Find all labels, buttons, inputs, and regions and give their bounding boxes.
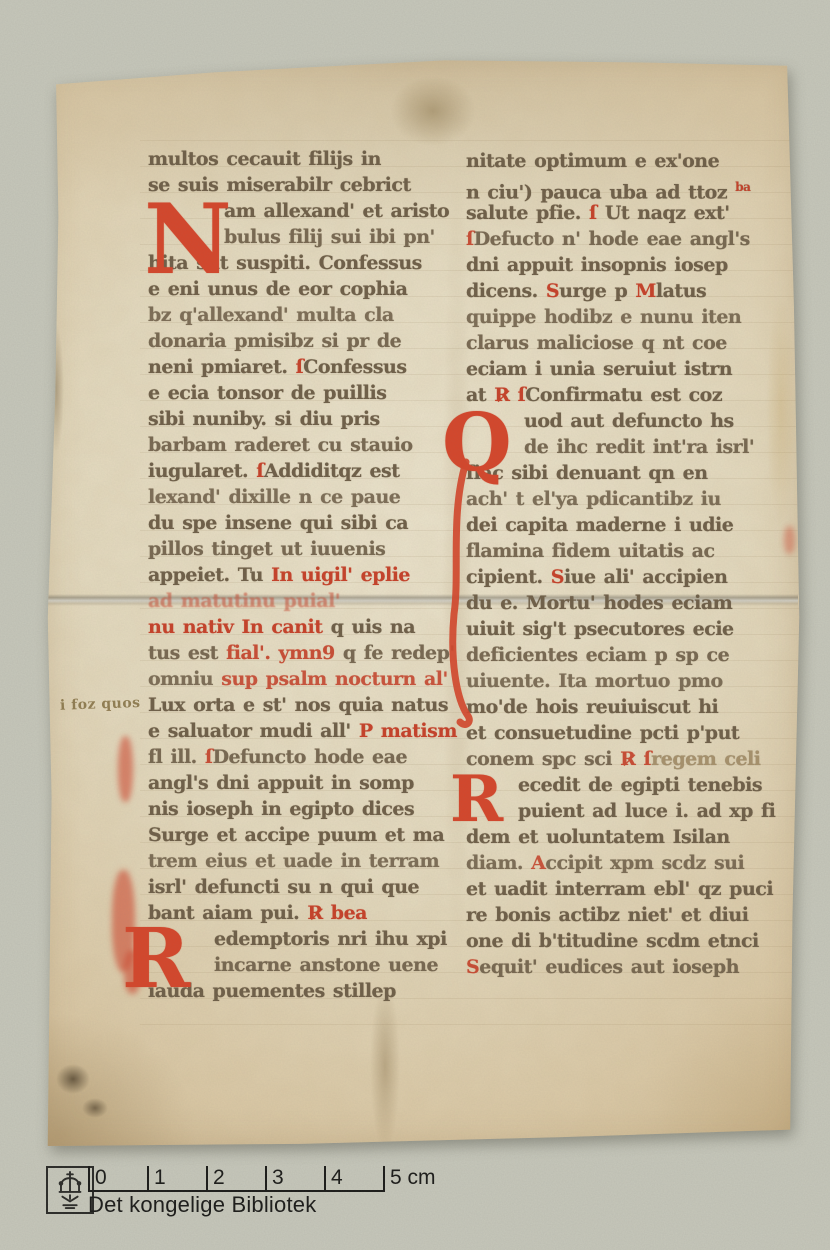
text-run: pillos tinget ut iuuenis: [148, 538, 385, 560]
text-run: dicens.: [466, 280, 546, 302]
text-run: puient ad luce i. ad xp fi: [518, 800, 775, 822]
red-initial-N: N: [144, 192, 232, 288]
text-run: q uis na: [331, 616, 415, 638]
text-run: bulus filij sui ibi pn': [224, 226, 435, 248]
text-run: uiuente. Ita mortuo pmo: [466, 670, 723, 692]
text-run: Addiditqz est: [264, 460, 400, 482]
manuscript-line: bant aiam pui. R̷ bea: [148, 900, 460, 926]
manuscript-line: nis ioseph in egipto dices: [148, 796, 460, 822]
text-run: flamina fidem uitatis ac: [466, 540, 715, 562]
text-run: fl ill.: [148, 746, 205, 768]
manuscript-line: du spe insene qui sibi ca: [148, 510, 460, 536]
manuscript-line: nu nativ In canit q uis na: [148, 614, 460, 640]
text-run: omniu: [148, 668, 221, 690]
royal-library-logo: [46, 1166, 94, 1214]
manuscript-line: incarne anstone uene: [148, 952, 460, 978]
text-run: equit' eudices aut ioseph: [479, 956, 739, 978]
manuscript-line: ach' t el'ya pdicantibz iu: [466, 486, 800, 512]
text-run: isrl' defuncti su n qui que: [148, 876, 419, 898]
text-run: lexand' dixille n ce paue: [148, 486, 400, 508]
text-run: appeiet. Tu: [148, 564, 271, 586]
text-run: quippe hodibz e nunu iten: [466, 306, 741, 328]
manuscript-line: clarus maliciose q nt coe: [466, 330, 800, 356]
text-run: re bonis actibz niet' et diui: [466, 904, 748, 926]
text-run: latus: [656, 280, 706, 302]
text-run: dni appuit insopnis iosep: [466, 254, 728, 276]
manuscript-line: edemptoris nri ihu xpi: [148, 926, 460, 952]
text-run: ſ: [466, 228, 474, 250]
text-run: nu nativ In canit: [148, 616, 331, 638]
text-run: Defucto n' hode eae angl's: [474, 228, 750, 250]
manuscript-line: et consuetudine pcti p'put: [466, 720, 800, 746]
manuscript-line: e ecia tonsor de puillis: [148, 380, 460, 406]
manuscript-line: dni appuit insopnis iosep: [466, 252, 800, 278]
text-run: R̷ bea: [307, 902, 367, 924]
manuscript-line: Lux orta e st' nos quia natus: [148, 692, 460, 718]
manuscript-line: nitate optimum e ex'one: [466, 148, 800, 174]
manuscript-line: eciam i unia seruiut istrn: [466, 356, 800, 382]
manuscript-line: cipient. Siue ali' accipien: [466, 564, 800, 590]
text-run: salute pfie.: [466, 202, 589, 224]
text-run: sibi nuniby. si diu pris: [148, 408, 380, 430]
manuscript-line: barbam raderet cu stauio: [148, 432, 460, 458]
text-run: neni pmiaret.: [148, 356, 296, 378]
manuscript-line: flamina fidem uitatis ac: [466, 538, 800, 564]
manuscript-line: tus est fial'. ymn9 q fe redep': [148, 640, 460, 666]
manuscript-line: iugularet. ſAddiditqz est: [148, 458, 460, 484]
manuscript-line: dem et uoluntatem Isilan: [466, 824, 800, 850]
text-run: et consuetudine pcti p'put: [466, 722, 739, 744]
text-run: ba: [735, 180, 750, 194]
photo-stage: multos cecauit filijs inse suis miserabi…: [0, 0, 830, 1250]
manuscript-line: Surge et accipe puum et ma: [148, 822, 460, 848]
manuscript-line: conem spc sci R̷ ſregem celi: [466, 746, 800, 772]
text-run: Surge et accipe puum et ma: [148, 824, 444, 846]
text-run: In uigil' eplie: [271, 564, 410, 586]
manuscript-line: du e. Mortu' hodes eciam: [466, 590, 800, 616]
text-run: de ihc redit int'ra isrl': [524, 436, 754, 458]
text-run: am allexand' et aristo: [224, 200, 449, 222]
text-run: nis ioseph in egipto dices: [148, 798, 414, 820]
manuscript-line: puient ad luce i. ad xp fi: [466, 798, 800, 824]
manuscript-line: uod aut defuncto hs: [466, 408, 800, 434]
manuscript-line: appeiet. Tu In uigil' eplie: [148, 562, 460, 588]
manuscript-line: neni pmiaret. ſConfessus: [148, 354, 460, 380]
library-label: Det kongelige Bibliotek: [88, 1192, 316, 1218]
cm-scale-ruler: 012345 cm: [88, 1166, 436, 1192]
text-run: eciam i unia seruiut istrn: [466, 358, 732, 380]
text-run: ſ: [205, 746, 213, 768]
manuscript-line: pillos tinget ut iuuenis: [148, 536, 460, 562]
text-run: bz q'allexand' multa cla: [148, 304, 394, 326]
text-run: mo'de hois reuiuiscut hi: [466, 696, 718, 718]
manuscript-line: e saluator mudi all' P matism: [148, 718, 460, 744]
manuscript-line: fiac sibi denuant qn en: [466, 460, 800, 486]
text-run: iue ali' accipien: [564, 566, 728, 588]
manuscript-line: n ciu') pauca uba ad ttoz ba: [466, 174, 800, 200]
text-run: urge p: [559, 280, 635, 302]
manuscript-line: bz q'allexand' multa cla: [148, 302, 460, 328]
manuscript-line: Sequit' eudices aut ioseph: [466, 954, 800, 980]
text-run: uod aut defuncto hs: [524, 410, 734, 432]
text-run: R̷ ſ: [620, 748, 651, 770]
manuscript-line: ecedit de egipti tenebis: [466, 772, 800, 798]
text-run: tus est: [148, 642, 226, 664]
parchment-wrap: multos cecauit filijs inse suis miserabi…: [44, 56, 800, 1146]
text-run: dei capita maderne i udie: [466, 514, 733, 536]
manuscript-line: multos cecauit filijs in: [148, 146, 460, 172]
manuscript-line: et uadit interram ebl' qz puci: [466, 876, 800, 902]
text-run: M: [635, 280, 656, 302]
text-run: et uadit interram ebl' qz puci: [466, 878, 773, 900]
text-run: diam.: [466, 852, 531, 874]
text-run: e ecia tonsor de puillis: [148, 382, 386, 404]
manuscript-line: quippe hodibz e nunu iten: [466, 304, 800, 330]
text-run: Confirmatu est coz: [525, 384, 722, 406]
manuscript-line: ſDefucto n' hode eae angl's: [466, 226, 800, 252]
manuscript-line: isrl' defuncti su n qui que: [148, 874, 460, 900]
text-run: ach' t el'ya pdicantibz iu: [466, 488, 721, 510]
text-run: one di b'titudine scdm etnci: [466, 930, 759, 952]
manuscript-line: deficientes eciam p sp ce: [466, 642, 800, 668]
manuscript-line: one di b'titudine scdm etnci: [466, 928, 800, 954]
text-run: Lux orta e st' nos quia natus: [148, 694, 448, 716]
manuscript-line: trem eius et uade in terram: [148, 848, 460, 874]
text-run: q fe redep': [343, 642, 455, 664]
text-run: ſ: [589, 202, 597, 224]
scale-segment: 2: [206, 1166, 265, 1192]
text-run: uiuit sig't psecutores ecie: [466, 618, 734, 640]
manuscript-line: de ihc redit int'ra isrl': [466, 434, 800, 460]
text-run: A: [531, 852, 545, 874]
manuscript-line: salute pfie. ſ Ut naqz ext': [466, 200, 800, 226]
footer: 012345 cm Det kongelige Bibliotek: [0, 1160, 830, 1230]
text-run: e saluator mudi all': [148, 720, 359, 742]
text-run: clarus maliciose q nt coe: [466, 332, 727, 354]
text-run: ad matutinu puial': [148, 590, 340, 612]
text-run: Confessus: [303, 356, 406, 378]
manuscript-line: iauda puementes stillep: [148, 978, 460, 1004]
scale-segment: 0: [88, 1166, 147, 1192]
manuscript-line: re bonis actibz niet' et diui: [466, 902, 800, 928]
text-run: multos cecauit filijs in: [148, 148, 381, 170]
scale-unit-label: 5 cm: [383, 1166, 436, 1192]
text-run: S: [551, 566, 564, 588]
text-run: trem eius et uade in terram: [148, 850, 439, 872]
manuscript-line: uiuente. Ita mortuo pmo: [466, 668, 800, 694]
red-initial-R-right: R: [450, 768, 503, 832]
manuscript-line: uiuit sig't psecutores ecie: [466, 616, 800, 642]
text-run: ecedit de egipti tenebis: [518, 774, 762, 796]
text-run: S: [546, 280, 559, 302]
text-run: ccipit xpm scdz sui: [545, 852, 744, 874]
red-initial-R-left: R: [122, 918, 190, 1000]
manuscript-line: mo'de hois reuiuiscut hi: [466, 694, 800, 720]
text-run: sup psalm nocturn al': [221, 668, 448, 690]
manuscript-line: at R̷ ſConfirmatu est coz: [466, 382, 800, 408]
manuscript-line: diam. Accipit xpm scdz sui: [466, 850, 800, 876]
text-run: iugularet.: [148, 460, 256, 482]
text-run: deficientes eciam p sp ce: [466, 644, 729, 666]
text-run: edemptoris nri ihu xpi: [214, 928, 447, 950]
crown-icon: [51, 1170, 89, 1210]
scale-segment: 4: [324, 1166, 383, 1192]
manuscript-line: fl ill. ſDefuncto hode eae: [148, 744, 460, 770]
text-run: donaria pmisibz si pr de: [148, 330, 401, 352]
text-run: Ut naqz ext': [597, 202, 730, 224]
scale-segment: 3: [265, 1166, 324, 1192]
manuscript-line: omniu sup psalm nocturn al': [148, 666, 460, 692]
text-run: du e. Mortu' hodes eciam: [466, 592, 732, 614]
text-run: nitate optimum e ex'one: [466, 150, 719, 172]
scale-segment: 1: [147, 1166, 206, 1192]
text-column-right: nitate optimum e ex'onen ciu') pauca uba…: [466, 148, 800, 980]
text-run: angl's dni appuit in somp: [148, 772, 414, 794]
manuscript-line: dei capita maderne i udie: [466, 512, 800, 538]
text-run: ſ: [256, 460, 264, 482]
manuscript-line: donaria pmisibz si pr de: [148, 328, 460, 354]
text-run: fial'. ymn9: [226, 642, 343, 664]
red-initial-Q-tail: [440, 454, 480, 734]
manuscript-line: angl's dni appuit in somp: [148, 770, 460, 796]
manuscript-line: dicens. Surge p Mlatus: [466, 278, 800, 304]
text-run: dem et uoluntatem Isilan: [466, 826, 730, 848]
manuscript-line: sibi nuniby. si diu pris: [148, 406, 460, 432]
text-run: Defuncto hode eae: [213, 746, 407, 768]
manuscript-line: lexand' dixille n ce paue: [148, 484, 460, 510]
text-run: S: [466, 956, 479, 978]
text-run: du spe insene qui sibi ca: [148, 512, 408, 534]
text-run: incarne anstone uene: [214, 954, 438, 976]
manuscript-line: ad matutinu puial': [148, 588, 460, 614]
text-run: barbam raderet cu stauio: [148, 434, 413, 456]
parchment-sheet: multos cecauit filijs inse suis miserabi…: [44, 56, 800, 1146]
text-run: regem celi: [651, 748, 760, 770]
